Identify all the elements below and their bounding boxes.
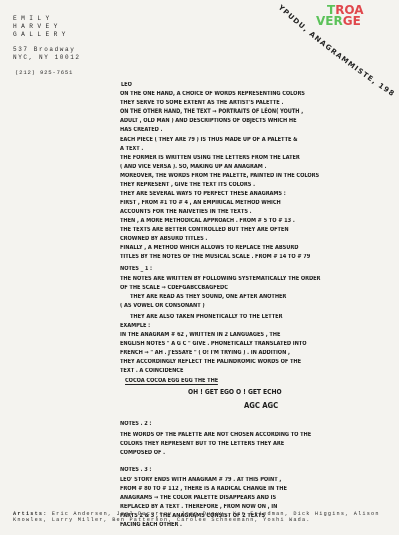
text-line: EXAMPLE : bbox=[120, 323, 150, 329]
artists-footer: Artists: Eric Andersen, Joel Ducorroy, J… bbox=[13, 511, 393, 524]
text-line: FROM # 80 TO # 112 , THERE IS A RADICAL … bbox=[120, 486, 287, 492]
text-line: THEY REPRESENT , GIVE THE TEXT ITS COLOR… bbox=[120, 182, 255, 188]
svg-text:YPUDU, ANAGRAMMISTE, 1986: YPUDU, ANAGRAMMISTE, 1986 bbox=[0, 0, 396, 98]
text-line: EACH PIECE ( THEY ARE 79 ) IS THUS MADE … bbox=[120, 137, 298, 143]
text-line: COMPOSED OF . bbox=[120, 450, 165, 456]
text-line: ON THE OTHER HAND, THE TEXT → PORTRAITS … bbox=[120, 109, 303, 115]
text-line: TEXT . A COINCIDENCE bbox=[120, 368, 183, 374]
text-line: OF THE SCALE → CDEFGABCCBAGFEDC bbox=[120, 285, 228, 291]
text-line: ( AS VOWEL OR CONSONANT ) bbox=[120, 303, 205, 309]
text-line: A TEXT . bbox=[120, 146, 143, 152]
text-line: FINALLY , A METHOD WHICH ALLOWS TO REPLA… bbox=[120, 245, 298, 251]
text-line: THEY ARE READ AS THEY SOUND, ONE AFTER A… bbox=[130, 294, 286, 300]
notes-heading: NOTES . 3 : bbox=[120, 467, 151, 473]
text-line: THEY SERVE TO SOME EXTENT AS THE ARTIST'… bbox=[120, 100, 283, 106]
text-line: LEO' STORY ENDS WITH ANAGRAM # 79 . AT T… bbox=[120, 477, 281, 483]
text-line: ADULT , OLD MAN ) AND DESCRIPTIONS OF OB… bbox=[120, 118, 296, 124]
text-line: HAS CREATED . bbox=[120, 127, 162, 133]
text-line: THEY ARE ALSO TAKEN PHONETICALLY TO THE … bbox=[130, 314, 282, 320]
letter-page: EMILY HARVEY GALLERY 537 Broadway NYC, N… bbox=[0, 0, 399, 535]
text-line: FRENCH → " AH . J'ESSAYE " ( O! I'M TRYI… bbox=[120, 350, 290, 356]
text-line: ACCOUNTS FOR THE NAIVETIES IN THE TEXTS … bbox=[120, 209, 252, 215]
text-line: FIRST , FROM #1 TO # 4 , AN EMPIRICAL ME… bbox=[120, 200, 281, 206]
text-line: ( AND VICE VERSA ). SO, MAKING UP AN ANA… bbox=[120, 164, 266, 170]
palindrome-line: COCOA COCOA EGG EGG THE THE bbox=[125, 378, 218, 385]
title-arc-text: YPUDU, ANAGRAMMISTE, 1986 bbox=[0, 0, 396, 98]
notes-heading: NOTES . 2 : bbox=[120, 421, 151, 427]
text-line: CROWNED BY ABSURD TITLES . bbox=[120, 236, 207, 242]
text-line: MOREOVER, THE WORDS FROM THE PALETTE, PA… bbox=[120, 173, 319, 179]
text-line: THE WORDS OF THE PALETTE ARE NOT CHOSEN … bbox=[120, 432, 311, 438]
palindrome-line: AGC AGC bbox=[244, 401, 278, 410]
text-line: COLORS THEY REPRESENT BUT TO THE LETTERS… bbox=[120, 441, 284, 447]
text-line: REPLACED BY A TEXT . THEREFORE , FROM NO… bbox=[120, 504, 277, 510]
notes-heading: NOTES _ 1 : bbox=[120, 266, 152, 272]
text-line: TITLES BY THE NOTES OF THE MUSICAL SCALE… bbox=[120, 254, 310, 260]
text-line: ANAGRAMS → THE COLOR PALETTE DISAPPEARS … bbox=[120, 495, 276, 501]
artists-list: Eric Andersen, Joel Ducorroy, Jean Dupuy… bbox=[13, 511, 380, 523]
text-line: THE NOTES ARE WRITTEN BY FOLLOWING SYSTE… bbox=[120, 276, 320, 282]
text-line: THEY ACCORDINGLY REFLECT THE PALINDROMIC… bbox=[120, 359, 301, 365]
palindrome-line: OH ! GET EGO O ! GET ECHO bbox=[188, 388, 282, 396]
title-arc: YPUDU, ANAGRAMMISTE, 1986 bbox=[0, 0, 399, 535]
text-line: ON THE ONE HAND, A CHOICE OF WORDS REPRE… bbox=[120, 91, 305, 97]
text-line: THE FORMER IS WRITTEN USING THE LETTERS … bbox=[120, 155, 300, 161]
artists-label: Artists: bbox=[13, 511, 48, 517]
text-line: IN THE ANAGRAM # 62 , WRITTEN IN 2 LANGU… bbox=[120, 332, 280, 338]
text-line: THEN , A MORE METHODICAL APPROACH . FROM… bbox=[120, 218, 295, 224]
text-line: LEO bbox=[121, 82, 132, 88]
text-line: THEY ARE SEVERAL WAYS TO PERFECT THESE A… bbox=[120, 191, 286, 197]
text-line: ENGLISH NOTES " A G C " GIVE . PHONETICA… bbox=[120, 341, 306, 347]
text-line: THE TEXTS ARE BETTER CONTROLLED BUT THEY… bbox=[120, 227, 289, 233]
